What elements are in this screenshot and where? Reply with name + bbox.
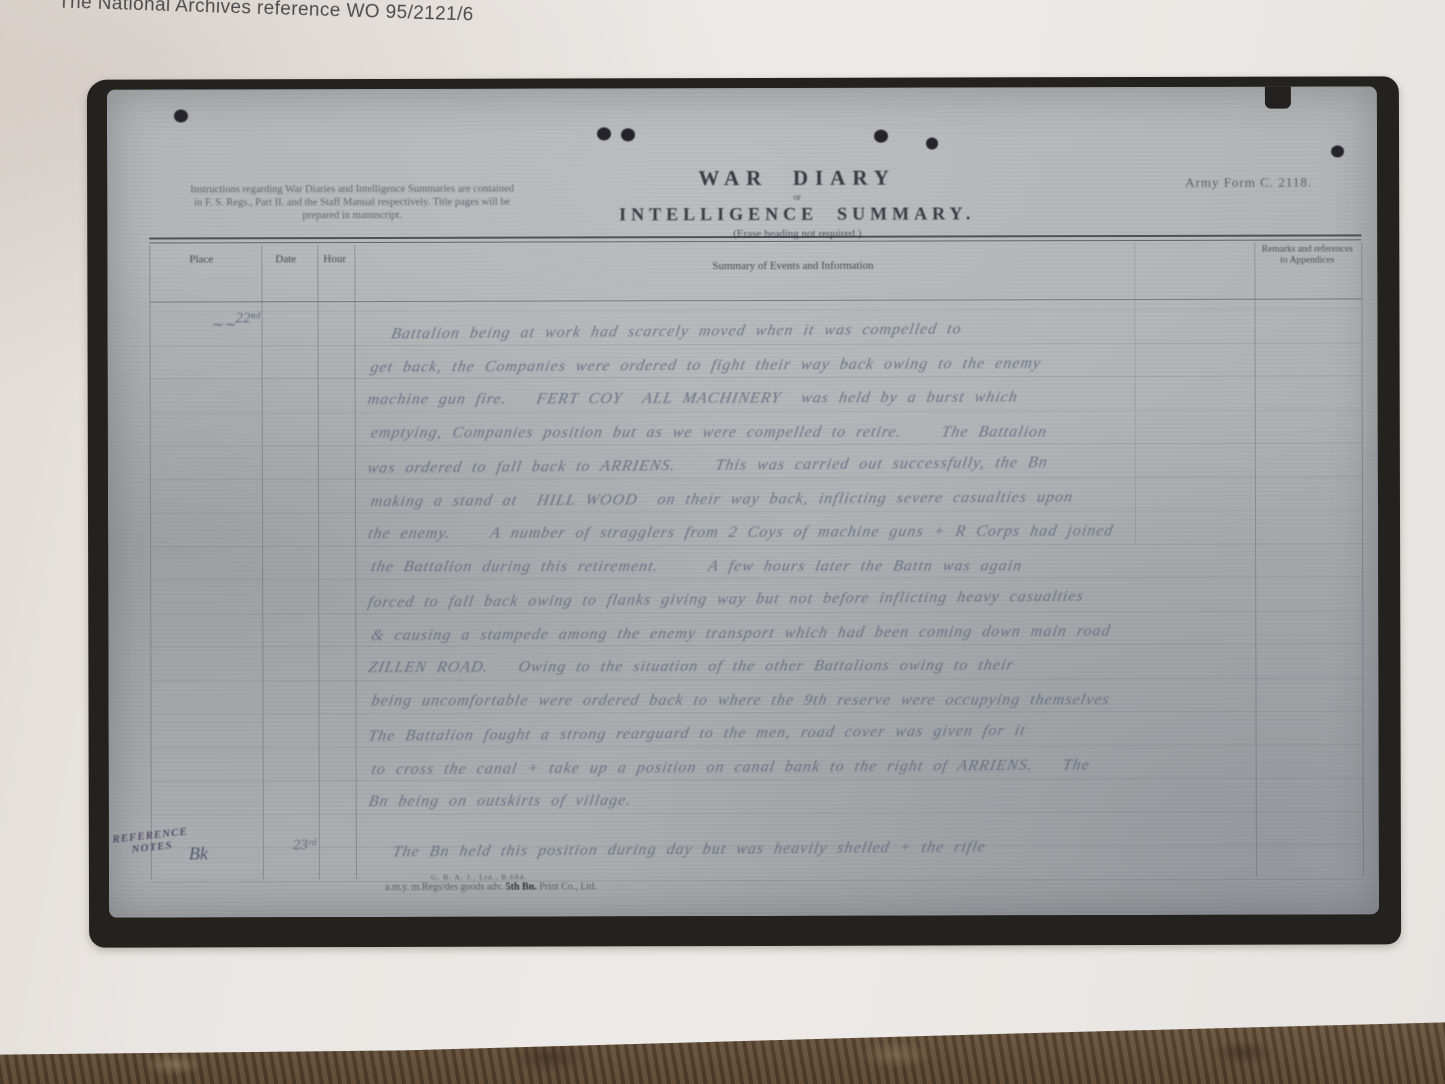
table-right-margin-line: [1361, 242, 1364, 876]
intelligence-summary-title: INTELLIGENCE SUMMARY.: [537, 203, 1057, 225]
printer-imprint-micro: G. B. A. J., Ltd., B.684.: [431, 873, 527, 882]
form-title-block: WAR DIARY or INTELLIGENCE SUMMARY. (Eras…: [537, 165, 1057, 240]
punch-hole: [597, 127, 611, 140]
handwritten-line: machine gun fire. FERT COY ALL MACHINERY…: [366, 389, 1019, 410]
handwritten-line: The Bn held this position during day but…: [391, 839, 987, 862]
ruled-line: [150, 476, 1362, 480]
army-form-number: Army Form C. 2118.: [1185, 175, 1312, 191]
photo-background: The National Archives reference WO 95/21…: [0, 0, 1445, 1084]
handwritten-line: The Battalion fought a strong rearguard …: [367, 722, 1027, 746]
handwritten-line: get back, the Companies were ordered to …: [369, 354, 1043, 376]
erase-heading-note: (Erase heading not required.): [537, 227, 1057, 240]
ruled-line: [150, 409, 1362, 413]
ruled-line: [150, 543, 1362, 547]
archives-reference-text: The National Archives reference WO 95/21…: [58, 0, 474, 27]
ruled-line: [151, 710, 1363, 714]
handwritten-line: the enemy. A number of stragglers from 2…: [366, 523, 1114, 544]
column-label-summary: Summary of Events and Information: [712, 260, 873, 272]
ruled-line: [150, 643, 1362, 647]
or-label: or: [537, 191, 1057, 202]
table-left-margin-line: [149, 246, 152, 880]
handwritten-line: to cross the canal + take up a position …: [370, 756, 1091, 779]
handwritten-line: being uncomfortable were ordered back to…: [370, 691, 1111, 710]
column-label-hour: Hour: [323, 253, 346, 265]
date-hour-divider: [317, 245, 320, 879]
entry-date: 23ʳᵈ: [293, 837, 316, 854]
ruled-line: [150, 375, 1362, 379]
ruled-line: [151, 878, 1363, 882]
handwritten-line: Bn being on outskirts of village.: [367, 792, 633, 811]
handwritten-line: was ordered to fall back to ARRIENS. Thi…: [366, 454, 1049, 478]
punch-hole: [621, 128, 635, 141]
carpet-floor: [0, 1014, 1445, 1084]
ruled-line: [150, 610, 1362, 614]
punch-hole: [174, 109, 188, 122]
imprint-left: a.m.y. m.Regs/des goods adv.: [385, 882, 506, 893]
summary-remarks-divider: [1254, 243, 1257, 877]
war-diary-title: WAR DIARY: [537, 165, 1057, 191]
instructions-note: Instructions regarding War Diaries and I…: [187, 183, 517, 223]
ruled-line: [150, 509, 1362, 513]
ruled-line: [149, 308, 1361, 312]
column-label-place: Place: [189, 253, 213, 265]
ruled-line: [151, 777, 1363, 781]
handwritten-line: Battalion being at work had scarcely mov…: [390, 321, 963, 344]
header-double-rule-thin: [149, 239, 1361, 243]
entry-date: 22ⁿᵈ: [235, 310, 259, 327]
column-header-rule: [149, 298, 1361, 302]
punch-hole: [926, 137, 938, 149]
column-label-remarks: Remarks and references to Appendices: [1257, 244, 1357, 266]
column-label-date: Date: [275, 253, 296, 265]
handwritten-line: emptying, Companies position but as we w…: [369, 423, 1048, 442]
entry-place-mark: ∼∼: [211, 315, 236, 334]
handwritten-line: making a stand at HILL WOOD on their way…: [369, 488, 1074, 510]
ruled-line: [150, 576, 1362, 580]
page-crease-line: [1134, 243, 1136, 543]
corner-ink-blot: [1265, 87, 1291, 109]
imprint-bold: 5th Bn.: [506, 882, 537, 893]
ruled-line: [150, 442, 1362, 446]
punch-hole: [1331, 145, 1344, 157]
scanned-document-frame: Instructions regarding War Diaries and I…: [87, 76, 1401, 947]
imprint-right: Print Co., Ltd.: [537, 881, 597, 892]
ruled-line: [151, 744, 1363, 748]
reference-stamp: REFERENCE NOTES: [112, 826, 190, 858]
rules-layer: [107, 86, 1377, 89]
handwritten-line: & causing a stampede among the enemy tra…: [370, 622, 1113, 645]
ruled-line: [151, 811, 1363, 815]
punch-hole: [874, 130, 888, 143]
handwritten-line: ZILLEN ROAD. Owing to the situation of t…: [367, 657, 1015, 677]
entry-place-mark: Bk: [189, 843, 208, 864]
document-page: Instructions regarding War Diaries and I…: [107, 86, 1379, 917]
ruled-line: [150, 342, 1362, 346]
handwritten-line: the Battalion during this retirement. A …: [370, 557, 1024, 576]
handwritten-line: forced to fall back owing to flanks givi…: [366, 588, 1085, 612]
printer-imprint: a.m.y. m.Regs/des goods adv. 5th Bn. Pri…: [385, 881, 597, 893]
hour-summary-divider: [354, 245, 357, 879]
handwriting-layer: Battalion being at work had scarcely mov…: [107, 86, 1377, 89]
ruled-line: [150, 677, 1362, 681]
place-date-divider: [261, 245, 264, 879]
